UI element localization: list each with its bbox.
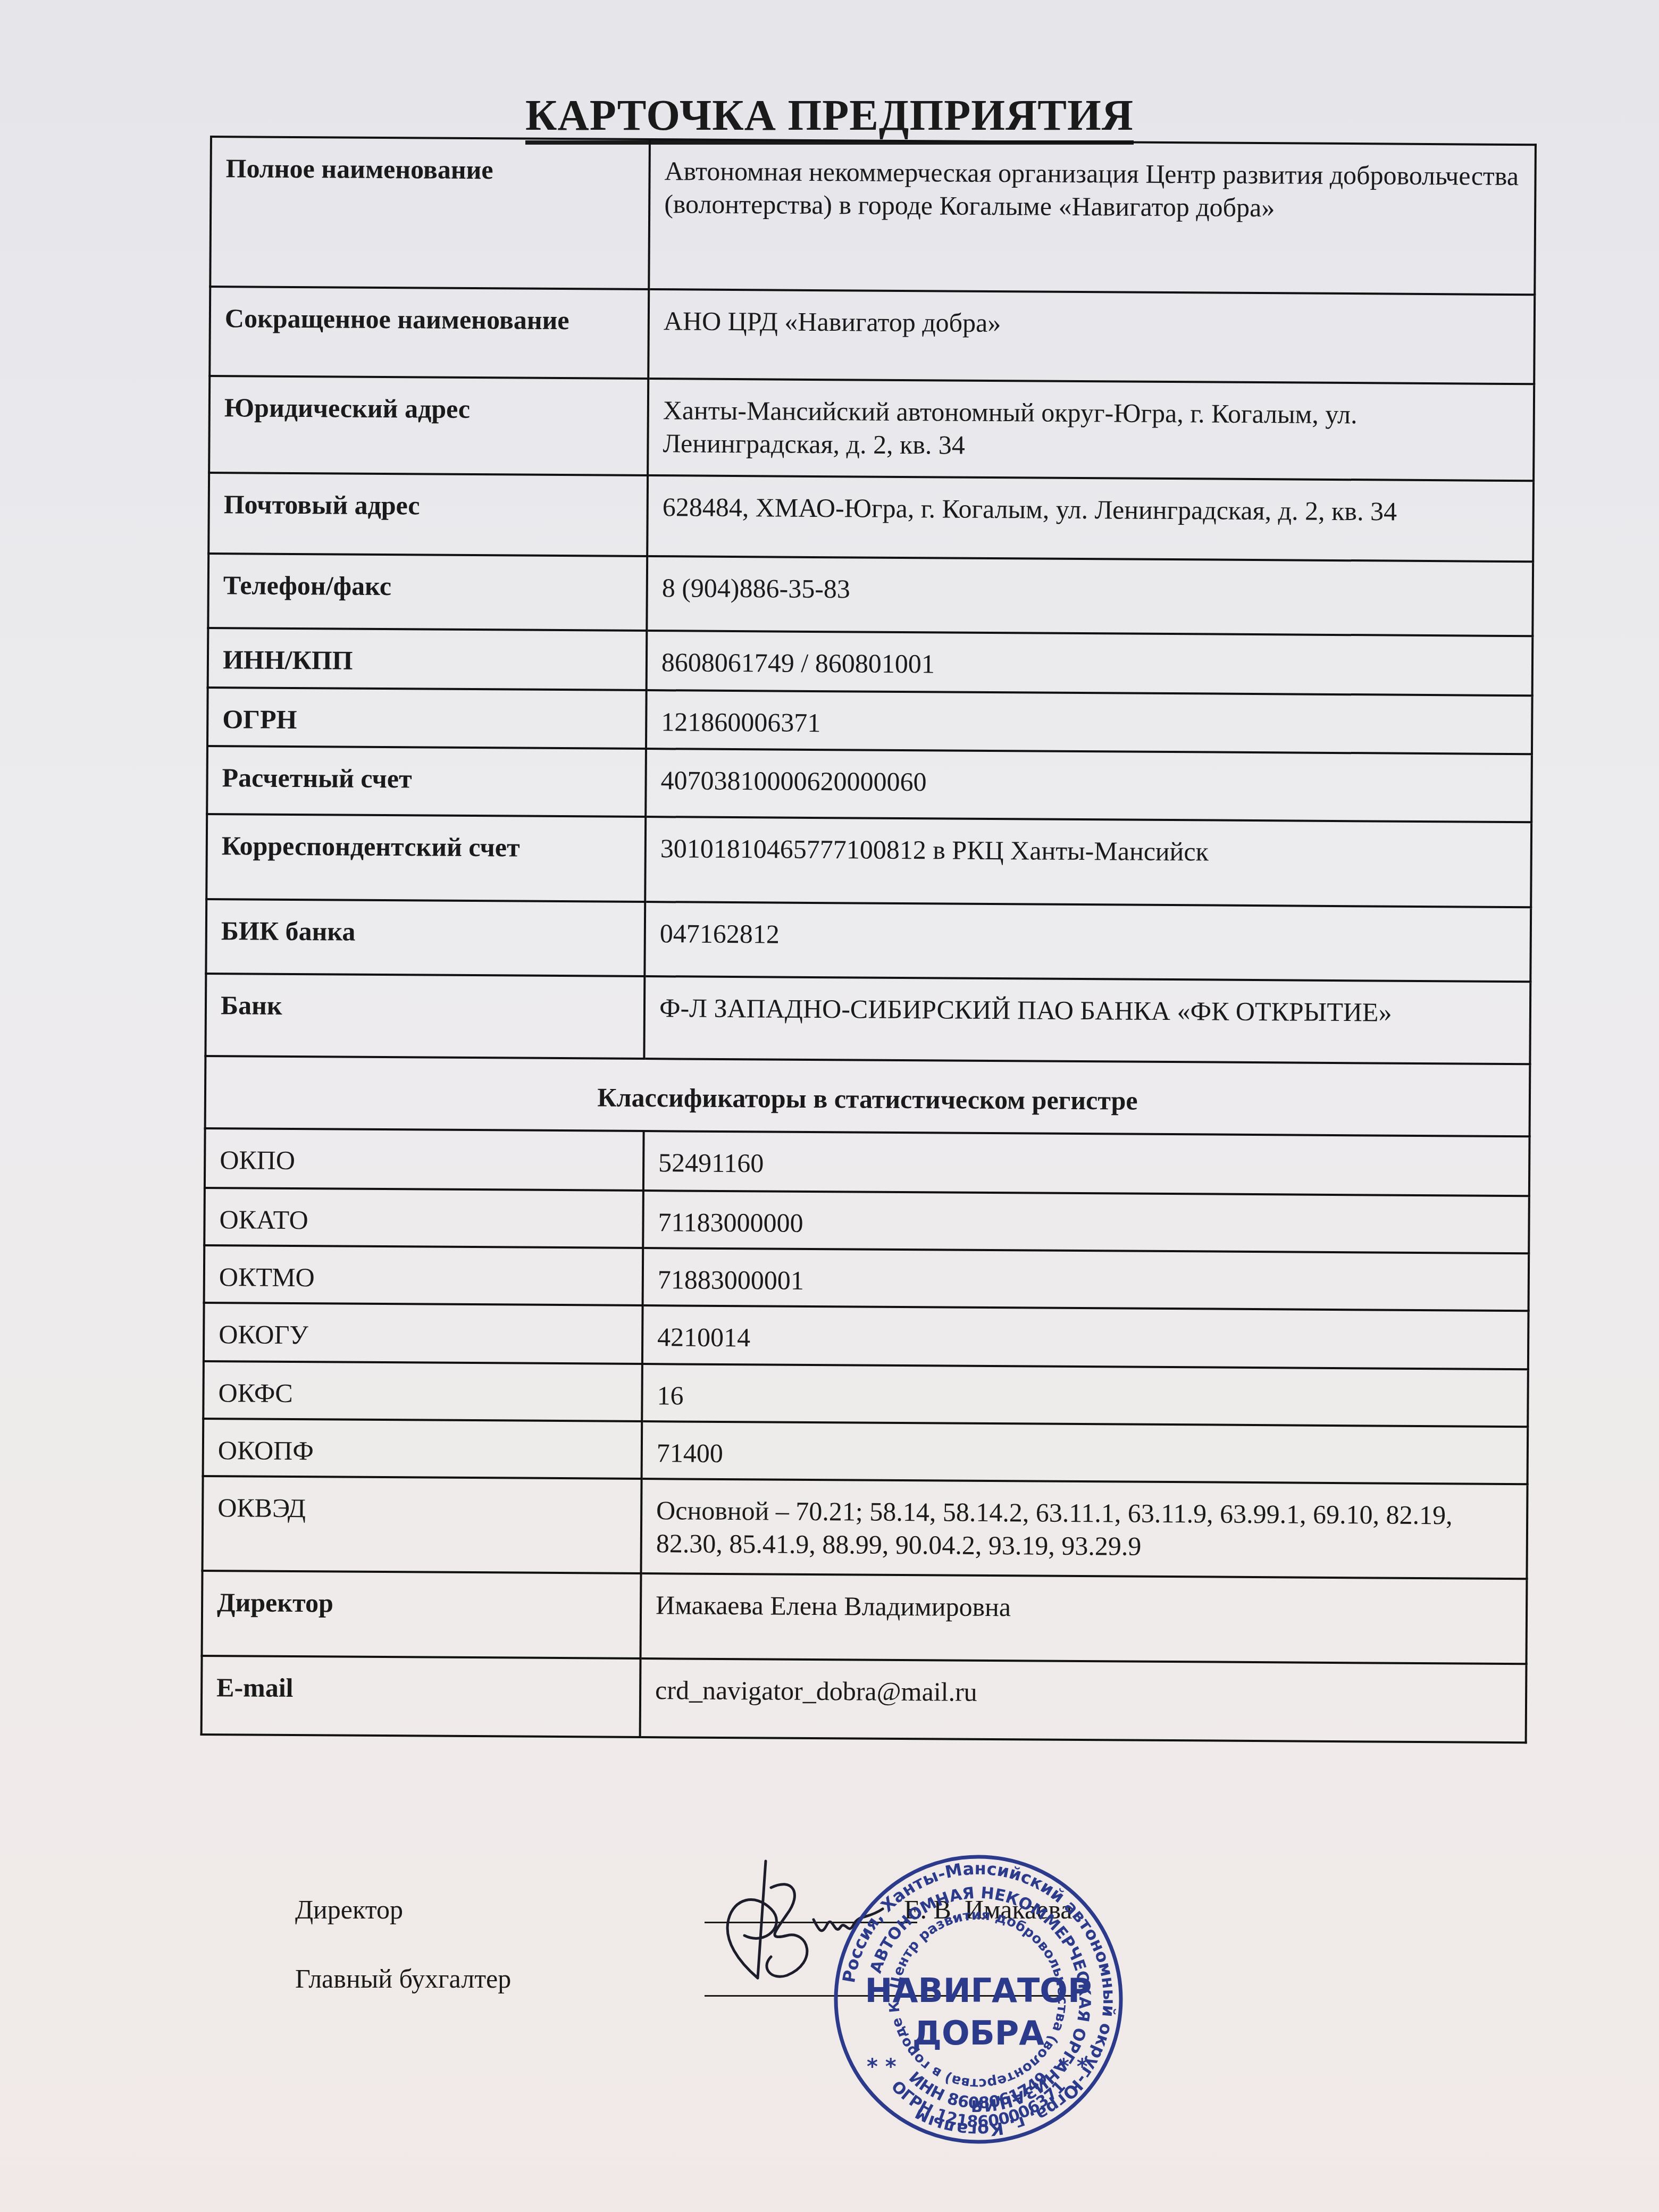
row-value: Ханты-Мансийский автономный округ-Югра, …: [648, 379, 1534, 481]
email-link[interactable]: crd_navigator_dobra@mail.ru: [655, 1675, 977, 1707]
row-label: Сокращенное наименование: [210, 287, 649, 379]
accountant-signature-label: Главный бухгалтер: [295, 1963, 511, 1994]
row-label: Юридический адрес: [209, 376, 648, 475]
table-row: ОКАТО 71183000000: [204, 1188, 1529, 1253]
svg-text:НАВИГАТОР: НАВИГАТОР: [865, 1971, 1092, 2010]
row-value: 71400: [642, 1421, 1528, 1484]
row-label: ОКВЭД: [203, 1476, 642, 1573]
row-value: 40703810000620000060: [646, 749, 1532, 822]
row-value: Имакаева Елена Владимировна: [641, 1573, 1527, 1664]
row-label: Директор: [202, 1571, 641, 1658]
document-page: КАРТОЧКА ПРЕДПРИЯТИЯ Полное наименование…: [0, 0, 1659, 2212]
svg-text:ДОБРА: ДОБРА: [912, 2014, 1045, 2052]
table-row: ОКТМО 71883000001: [204, 1245, 1529, 1311]
row-label: ОКОПФ: [203, 1419, 642, 1479]
row-label: Полное наименование: [210, 137, 650, 289]
table-row: E-mail crd_navigator_dobra@mail.ru: [202, 1656, 1527, 1742]
table-row: Юридический адрес Ханты-Мансийский автон…: [209, 376, 1534, 481]
row-value: 121860006371: [646, 690, 1532, 754]
table-row: ОКОГУ 4210014: [204, 1303, 1529, 1369]
row-value: 4210014: [642, 1305, 1529, 1369]
row-label: Почтовый адрес: [208, 473, 648, 556]
document-title: КАРТОЧКА ПРЕДПРИЯТИЯ: [0, 90, 1659, 140]
table-row: Сокращенное наименование АНО ЦРД «Навига…: [210, 287, 1535, 384]
row-label: БИК банка: [206, 899, 645, 976]
row-label: ОКТМО: [204, 1245, 643, 1305]
table-row: ИНН/КПП 8608061749 / 860801001: [208, 628, 1533, 696]
table-row: Банк Ф-Л ЗАПАДНО-СИБИРСКИЙ ПАО БАНКА «ФК…: [205, 974, 1530, 1064]
row-label: Телефон/факс: [208, 554, 647, 631]
table-row: Почтовый адрес 628484, ХМАО-Югра, г. Ког…: [208, 473, 1534, 562]
row-label: ОКФС: [203, 1361, 642, 1421]
table-row: Полное наименование Автономная некоммерч…: [210, 137, 1536, 295]
row-value: 52491160: [643, 1131, 1530, 1196]
row-value: crd_navigator_dobra@mail.ru: [640, 1658, 1527, 1742]
row-label: ОКАТО: [204, 1188, 643, 1248]
row-label: ОКПО: [205, 1128, 644, 1191]
row-value: Основной – 70.21; 58.14, 58.14.2, 63.11.…: [641, 1479, 1527, 1579]
classifiers-heading-row: Классификаторы в статистическом регистре: [205, 1056, 1530, 1136]
table-row: ОКОПФ 71400: [203, 1419, 1528, 1484]
row-value: 30101810465777100812 в РКЦ Ханты-Мансийс…: [645, 817, 1531, 907]
row-label: Расчетный счет: [207, 746, 646, 817]
row-value: 047162812: [644, 902, 1531, 982]
row-value: 8 (904)886-35-83: [647, 556, 1533, 636]
table-row: Расчетный счет 40703810000620000060: [207, 746, 1532, 822]
classifiers-heading: Классификаторы в статистическом регистре: [205, 1056, 1530, 1136]
table-row: Директор Имакаева Елена Владимировна: [202, 1571, 1527, 1664]
table-row: ОГРН 121860006371: [207, 688, 1532, 754]
row-value: 71183000000: [643, 1191, 1529, 1253]
row-label: ИНН/КПП: [208, 628, 647, 690]
row-value: 628484, ХМАО-Югра, г. Когалым, ул. Ленин…: [647, 475, 1534, 562]
row-value: Автономная некоммерческая организация Це…: [649, 139, 1536, 295]
enterprise-card-table: Полное наименование Автономная некоммерч…: [200, 136, 1537, 1744]
row-label: Корреспондентский счет: [206, 814, 646, 902]
row-label: Банк: [205, 974, 644, 1059]
row-label: ОГРН: [207, 688, 647, 749]
row-value: 16: [642, 1364, 1528, 1427]
row-value: АНО ЦРД «Навигатор добра»: [648, 289, 1535, 384]
row-label: E-mail: [202, 1656, 641, 1737]
organization-seal-icon: Россия, Ханты-Мансийский автономный окру…: [829, 1850, 1127, 2148]
table-row: ОКВЭД Основной – 70.21; 58.14, 58.14.2, …: [203, 1476, 1528, 1579]
table-row: Телефон/факс 8 (904)886-35-83: [208, 554, 1533, 636]
table-row: ОКПО 52491160: [205, 1128, 1530, 1196]
table-row: ОКФС 16: [203, 1361, 1528, 1427]
director-signature-label: Директор: [295, 1894, 403, 1925]
svg-text:* *: * *: [867, 2055, 896, 2079]
row-value: 8608061749 / 860801001: [647, 631, 1533, 696]
row-value: 71883000001: [643, 1248, 1529, 1311]
table-row: Корреспондентский счет 30101810465777100…: [206, 814, 1531, 907]
row-label: ОКОГУ: [204, 1303, 643, 1364]
svg-text:* *: * *: [1058, 2055, 1088, 2079]
row-value: Ф-Л ЗАПАДНО-СИБИРСКИЙ ПАО БАНКА «ФК ОТКР…: [644, 976, 1530, 1064]
table-row: БИК банка 047162812: [206, 899, 1531, 982]
